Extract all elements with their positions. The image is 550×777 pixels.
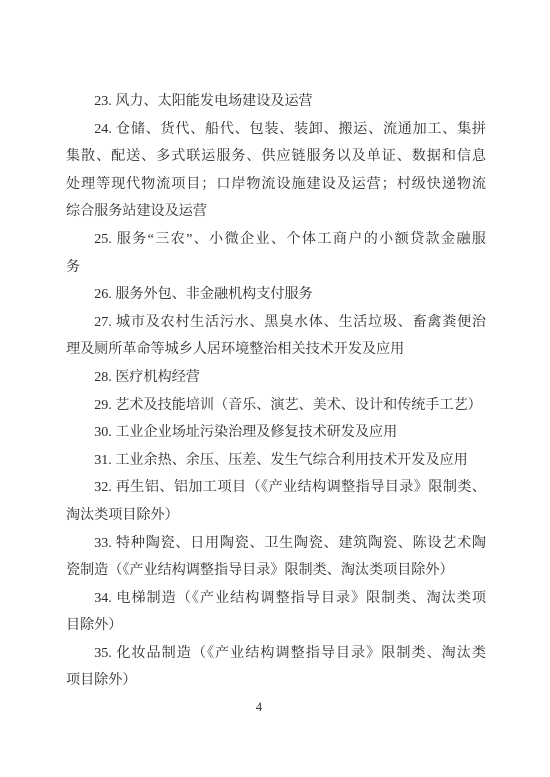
list-item: 32. 再生铝、铝加工项目（《产业结构调整指导目录》限制类、 淘汰类项目除外）: [66, 474, 486, 529]
document-body: 23. 风力、太阳能发电场建设及运营 24. 仓储、货代、船代、包装、装卸、搬运…: [0, 0, 550, 717]
list-item: 28. 医疗机构经营: [66, 364, 486, 392]
list-item-line: 处理等现代物流项目；口岸物流设施建设及运营；村级快递物流: [66, 171, 486, 199]
list-item-line: 33. 特种陶瓷、日用陶瓷、卫生陶瓷、建筑陶瓷、陈设艺术陶: [66, 530, 486, 558]
list-item-line: 32. 再生铝、铝加工项目（《产业结构调整指导目录》限制类、: [66, 474, 486, 502]
list-item-line: 30. 工业企业场址污染治理及修复技术研发及应用: [66, 419, 486, 447]
list-item: 25. 服务“三农”、小微企业、个体工商户的小额贷款金融服 务: [66, 226, 486, 281]
list-item-line: 34. 电梯制造（《产业结构调整指导目录》限制类、淘汰类项: [66, 585, 486, 613]
list-item-line: 综合服务站建设及运营: [66, 198, 486, 226]
list-item-line: 29. 艺术及技能培训（音乐、演艺、美术、设计和传统手工艺）: [66, 392, 486, 420]
list-item: 23. 风力、太阳能发电场建设及运营: [66, 88, 486, 116]
list-item-line: 23. 风力、太阳能发电场建设及运营: [66, 88, 486, 116]
list-item-line: 24. 仓储、货代、船代、包装、装卸、搬运、流通加工、集拼: [66, 116, 486, 144]
list-item-line: 集散、配送、多式联运服务、供应链服务以及单证、数据和信息: [66, 143, 486, 171]
list-item-line: 淘汰类项目除外）: [66, 502, 486, 530]
list-item-line: 项目除外）: [66, 667, 486, 695]
list-item-line: 26. 服务外包、非金融机构支付服务: [66, 281, 486, 309]
list-item-line: 目除外）: [66, 612, 486, 640]
list-item-line: 理及厕所革命等城乡人居环境整治相关技术开发及应用: [66, 336, 486, 364]
list-item-line: 27. 城市及农村生活污水、黑臭水体、生活垃圾、畜禽粪便治: [66, 309, 486, 337]
list-item: 30. 工业企业场址污染治理及修复技术研发及应用: [66, 419, 486, 447]
list-item-line: 28. 医疗机构经营: [66, 364, 486, 392]
list-item: 35. 化妆品制造（《产业结构调整指导目录》限制类、淘汰类 项目除外）: [66, 640, 486, 695]
list-item: 33. 特种陶瓷、日用陶瓷、卫生陶瓷、建筑陶瓷、陈设艺术陶 瓷制造（《产业结构调…: [66, 530, 486, 585]
list-item-line: 31. 工业余热、余压、压差、发生气综合利用技术开发及应用: [66, 447, 486, 475]
list-item: 31. 工业余热、余压、压差、发生气综合利用技术开发及应用: [66, 447, 486, 475]
list-item: 24. 仓储、货代、船代、包装、装卸、搬运、流通加工、集拼 集散、配送、多式联运…: [66, 116, 486, 226]
list-item-line: 务: [66, 254, 486, 282]
list-item: 27. 城市及农村生活污水、黑臭水体、生活垃圾、畜禽粪便治 理及厕所革命等城乡人…: [66, 309, 486, 364]
document-page: 23. 风力、太阳能发电场建设及运营 24. 仓储、货代、船代、包装、装卸、搬运…: [0, 0, 550, 777]
page-number: 4: [49, 697, 469, 717]
list-item: 29. 艺术及技能培训（音乐、演艺、美术、设计和传统手工艺）: [66, 392, 486, 420]
list-item-line: 瓷制造（《产业结构调整指导目录》限制类、淘汰类项目除外）: [66, 557, 486, 585]
list-item-line: 25. 服务“三农”、小微企业、个体工商户的小额贷款金融服: [66, 226, 486, 254]
list-item: 34. 电梯制造（《产业结构调整指导目录》限制类、淘汰类项 目除外）: [66, 585, 486, 640]
list-item-line: 35. 化妆品制造（《产业结构调整指导目录》限制类、淘汰类: [66, 640, 486, 668]
list-item: 26. 服务外包、非金融机构支付服务: [66, 281, 486, 309]
